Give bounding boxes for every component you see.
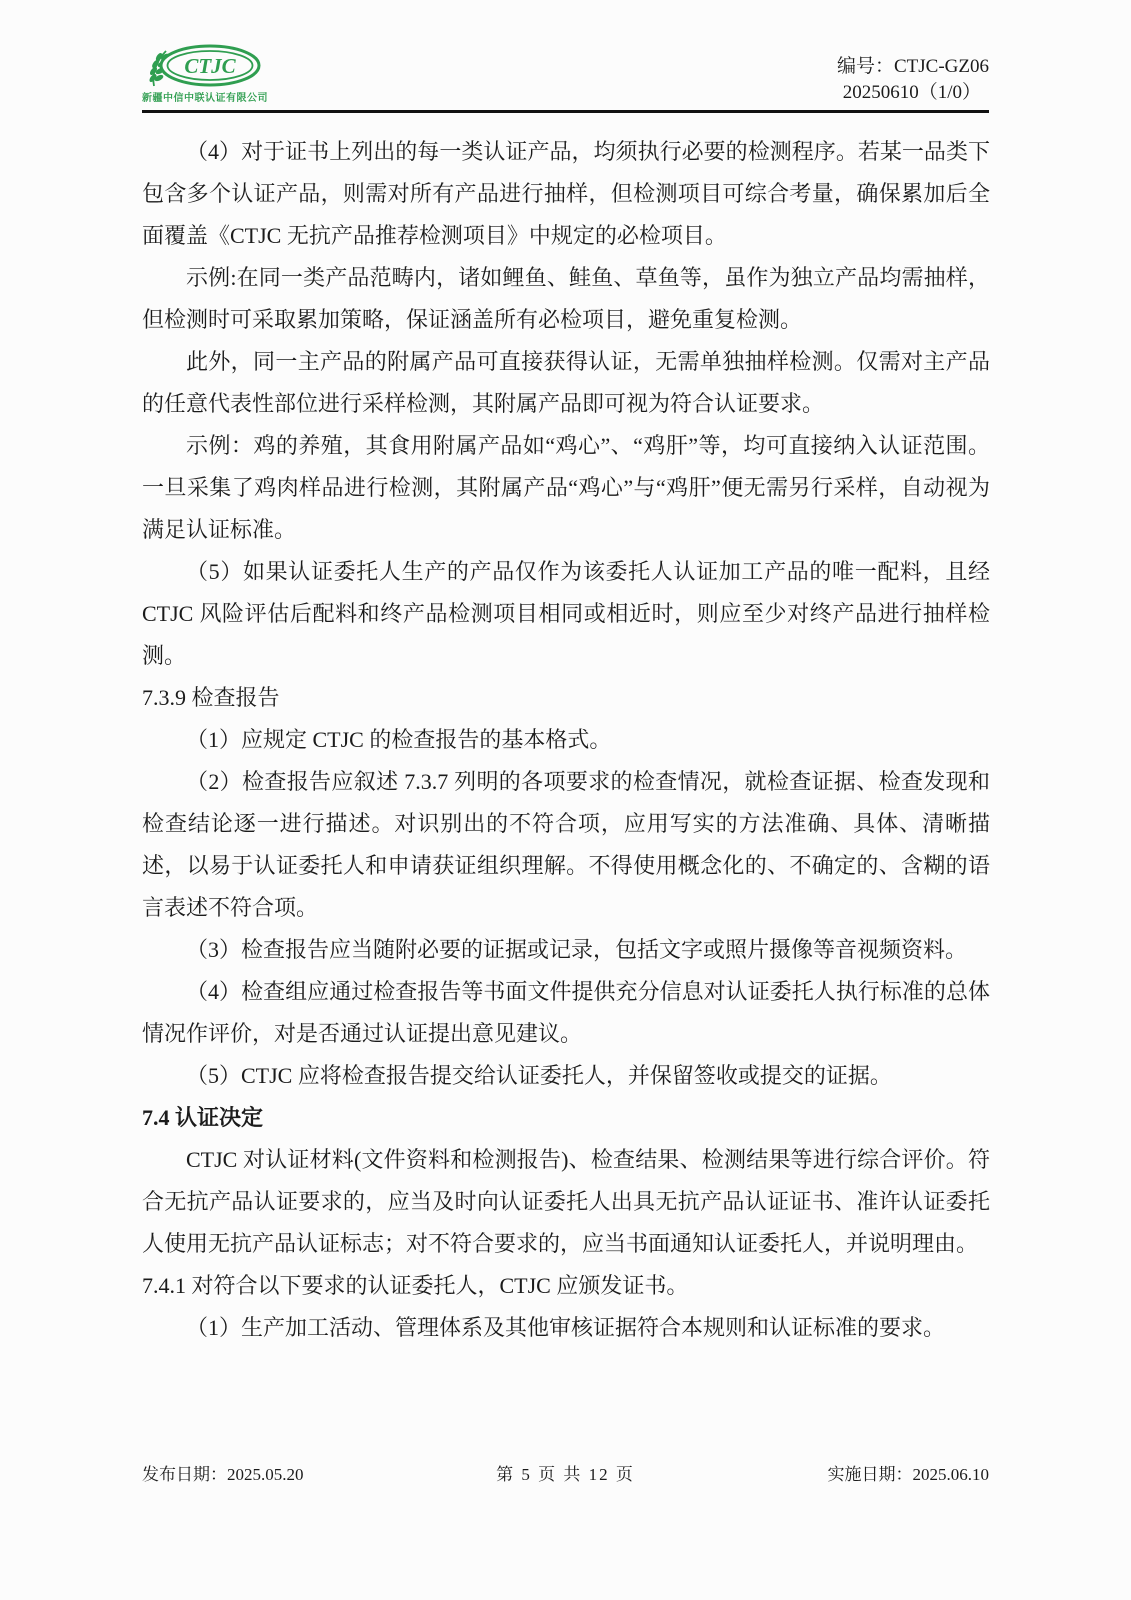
page-header: CTJC 新疆中信中联认证有限公司 编号：CTJC-GZ06 20250610（…: [142, 44, 989, 106]
paragraph: （4）对于证书上列出的每一类认证产品，均须执行必要的检测程序。若某一品类下包含多…: [142, 131, 990, 257]
section-heading: 7.3.9 检查报告: [142, 677, 990, 719]
document-body: （4）对于证书上列出的每一类认证产品，均须执行必要的检测程序。若某一品类下包含多…: [142, 131, 990, 1349]
section-heading: 7.4 认证决定: [142, 1097, 990, 1139]
company-logo: CTJC 新疆中信中联认证有限公司: [142, 44, 268, 104]
paragraph: 此外，同一主产品的附属产品可直接获得认证，无需单独抽样检测。仅需对主产品的任意代…: [142, 341, 990, 425]
document-number: 编号：CTJC-GZ06: [837, 54, 989, 80]
paragraph: （3）检查报告应当随附必要的证据或记录，包括文字或照片摄像等音视频资料。: [142, 929, 990, 971]
implement-date: 实施日期：2025.06.10: [828, 1460, 990, 1485]
paragraph: （1）生产加工活动、管理体系及其他审核证据符合本规则和认证标准的要求。: [142, 1307, 990, 1349]
paragraph: （4）检查组应通过检查报告等书面文件提供充分信息对认证委托人执行标准的总体情况作…: [142, 971, 990, 1055]
page-number: 第 5 页 共 12 页: [496, 1460, 635, 1485]
paragraph: （5）CTJC 应将检查报告提交给认证委托人，并保留签收或提交的证据。: [142, 1055, 990, 1097]
paragraph: 示例:在同一类产品范畴内，诸如鲤鱼、鲑鱼、草鱼等，虽作为独立产品均需抽样，但检测…: [142, 257, 990, 341]
paragraph: 示例：鸡的养殖，其食用附属产品如“鸡心”、“鸡肝”等，均可直接纳入认证范围。一旦…: [142, 425, 990, 551]
header-divider: [142, 110, 989, 113]
paragraph: （2）检查报告应叙述 7.3.7 列明的各项要求的检查情况，就检查证据、检查发现…: [142, 761, 990, 929]
release-date: 发布日期：2025.05.20: [142, 1460, 304, 1485]
document-meta: 编号：CTJC-GZ06 20250610（1/0）: [837, 44, 989, 106]
ctjc-logo-icon: CTJC: [142, 44, 264, 88]
paragraph: （5）如果认证委托人生产的产品仅作为该委托人认证加工产品的唯一配料，且经 CTJ…: [142, 551, 990, 677]
logo-text: CTJC: [184, 54, 236, 78]
document-page: CTJC 新疆中信中联认证有限公司 编号：CTJC-GZ06 20250610（…: [0, 0, 1131, 1600]
paragraph: CTJC 对认证材料(文件资料和检测报告)、检查结果、检测结果等进行综合评价。符…: [142, 1139, 990, 1265]
paragraph: （1）应规定 CTJC 的检查报告的基本格式。: [142, 719, 990, 761]
document-version: 20250610（1/0）: [837, 80, 989, 106]
company-name: 新疆中信中联认证有限公司: [142, 89, 268, 104]
section-heading: 7.4.1 对符合以下要求的认证委托人，CTJC 应颁发证书。: [142, 1265, 990, 1307]
page-footer: 发布日期：2025.05.20 第 5 页 共 12 页 实施日期：2025.0…: [142, 1460, 989, 1485]
